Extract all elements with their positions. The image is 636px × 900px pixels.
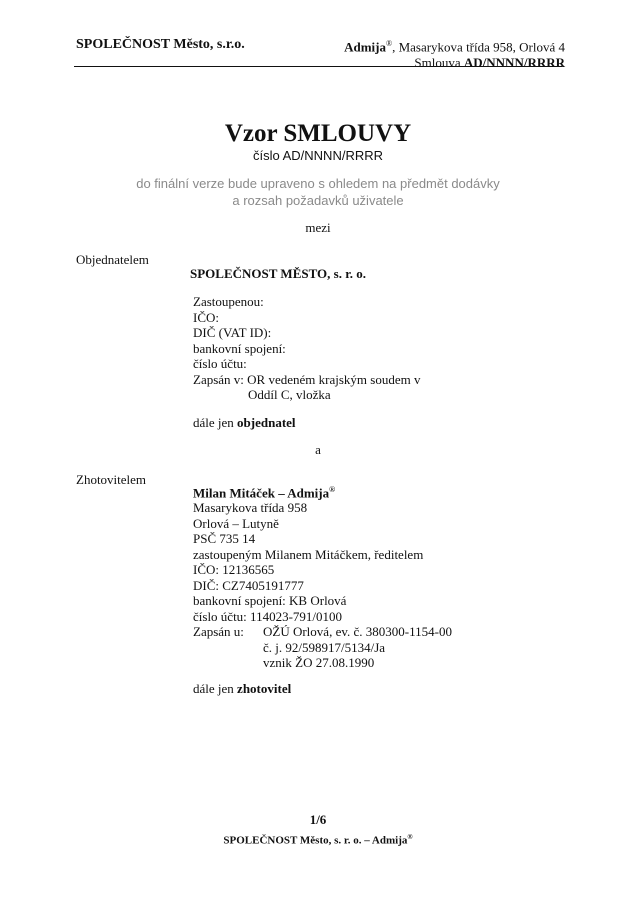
header-company: SPOLEČNOST Město, s.r.o.: [76, 37, 245, 53]
client-registered-label: Zapsán v:: [193, 372, 244, 387]
header-address-line: Admija®, Masarykova třída 958, Orlová 4: [344, 36, 565, 55]
header-contract-line: Smlouva AD/NNNN/RRRR: [344, 55, 565, 71]
contractor-name: Milan Mitáček – Admija: [193, 485, 329, 500]
contractor-details: Masarykova třída 958 Orlová – Lutyně PSČ…: [193, 500, 452, 671]
draft-note-line: a rozsah požadavků uživatele: [0, 192, 636, 209]
client-hereinafter: dále jen objednatel: [193, 415, 296, 431]
client-field: bankovní spojení:: [193, 341, 420, 357]
contractor-label: Zhotovitelem: [76, 472, 146, 488]
contractor-line: IČO: 12136565: [193, 562, 452, 578]
draft-note: do finální verze bude upraveno s ohledem…: [0, 175, 636, 209]
client-field: číslo účtu:: [193, 356, 420, 372]
header-contract-number: AD/NNNN/RRRR: [464, 55, 565, 70]
document-number: číslo AD/NNNN/RRRR: [0, 148, 636, 163]
client-registered-line: Oddíl C, vložka: [193, 387, 420, 403]
contractor-registered-line: OŽÚ Orlová, ev. č. 380300-1154-00: [263, 624, 452, 639]
hereinafter-term: objednatel: [237, 415, 296, 430]
contractor-registered-label: Zapsán u:: [193, 624, 263, 640]
registered-mark: ®: [329, 485, 335, 494]
contractor-registered-line: vznik ŽO 27.08.1990: [193, 655, 452, 671]
contractor-line: zastoupeným Milanem Mitáčkem, ředitelem: [193, 547, 452, 563]
between-text: mezi: [0, 220, 636, 236]
contractor-hereinafter: dále jen zhotovitel: [193, 681, 291, 697]
contractor-line: číslo účtu: 114023-791/0100: [193, 609, 452, 625]
header-contract-label: Smlouva: [414, 55, 463, 70]
contractor-registered: Zapsán u:OŽÚ Orlová, ev. č. 380300-1154-…: [193, 624, 452, 640]
hereinafter-prefix: dále jen: [193, 415, 237, 430]
page-number: 1/6: [0, 812, 636, 828]
client-details: Zastoupenou: IČO: DIČ (VAT ID): bankovní…: [193, 294, 420, 403]
client-registered-line: OR vedeném krajským soudem v: [247, 372, 420, 387]
client-field: DIČ (VAT ID):: [193, 325, 420, 341]
hereinafter-prefix: dále jen: [193, 681, 237, 696]
registered-mark: ®: [407, 833, 412, 841]
contractor-registered-line: č. j. 92/598917/5134/Ja: [193, 640, 452, 656]
client-field: IČO:: [193, 310, 420, 326]
header-address: , Masarykova třída 958, Orlová 4: [392, 39, 565, 54]
document-title: Vzor SMLOUVY: [0, 120, 636, 148]
contractor-line: DIČ: CZ7405191777: [193, 578, 452, 594]
draft-note-line: do finální verze bude upraveno s ohledem…: [0, 175, 636, 192]
contractor-line: Orlová – Lutyně: [193, 516, 452, 532]
client-registered: Zapsán v: OR vedeném krajským soudem v: [193, 372, 420, 388]
footer: SPOLEČNOST Město, s. r. o. – Admija®: [0, 833, 636, 847]
header-brand: Admija: [344, 39, 386, 54]
and-text: a: [0, 442, 636, 458]
client-label: Objednatelem: [76, 252, 149, 268]
hereinafter-term: zhotovitel: [237, 681, 291, 696]
contractor-line: PSČ 735 14: [193, 531, 452, 547]
header-divider: [74, 66, 562, 67]
footer-text: SPOLEČNOST Město, s. r. o. – Admija: [223, 835, 407, 847]
contractor-line: Masarykova třída 958: [193, 500, 452, 516]
contractor-name-line: Milan Mitáček – Admija®: [193, 485, 335, 501]
contractor-line: bankovní spojení: KB Orlová: [193, 593, 452, 609]
client-field: Zastoupenou:: [193, 294, 420, 310]
client-name: SPOLEČNOST MĚSTO, s. r. o.: [190, 266, 366, 282]
